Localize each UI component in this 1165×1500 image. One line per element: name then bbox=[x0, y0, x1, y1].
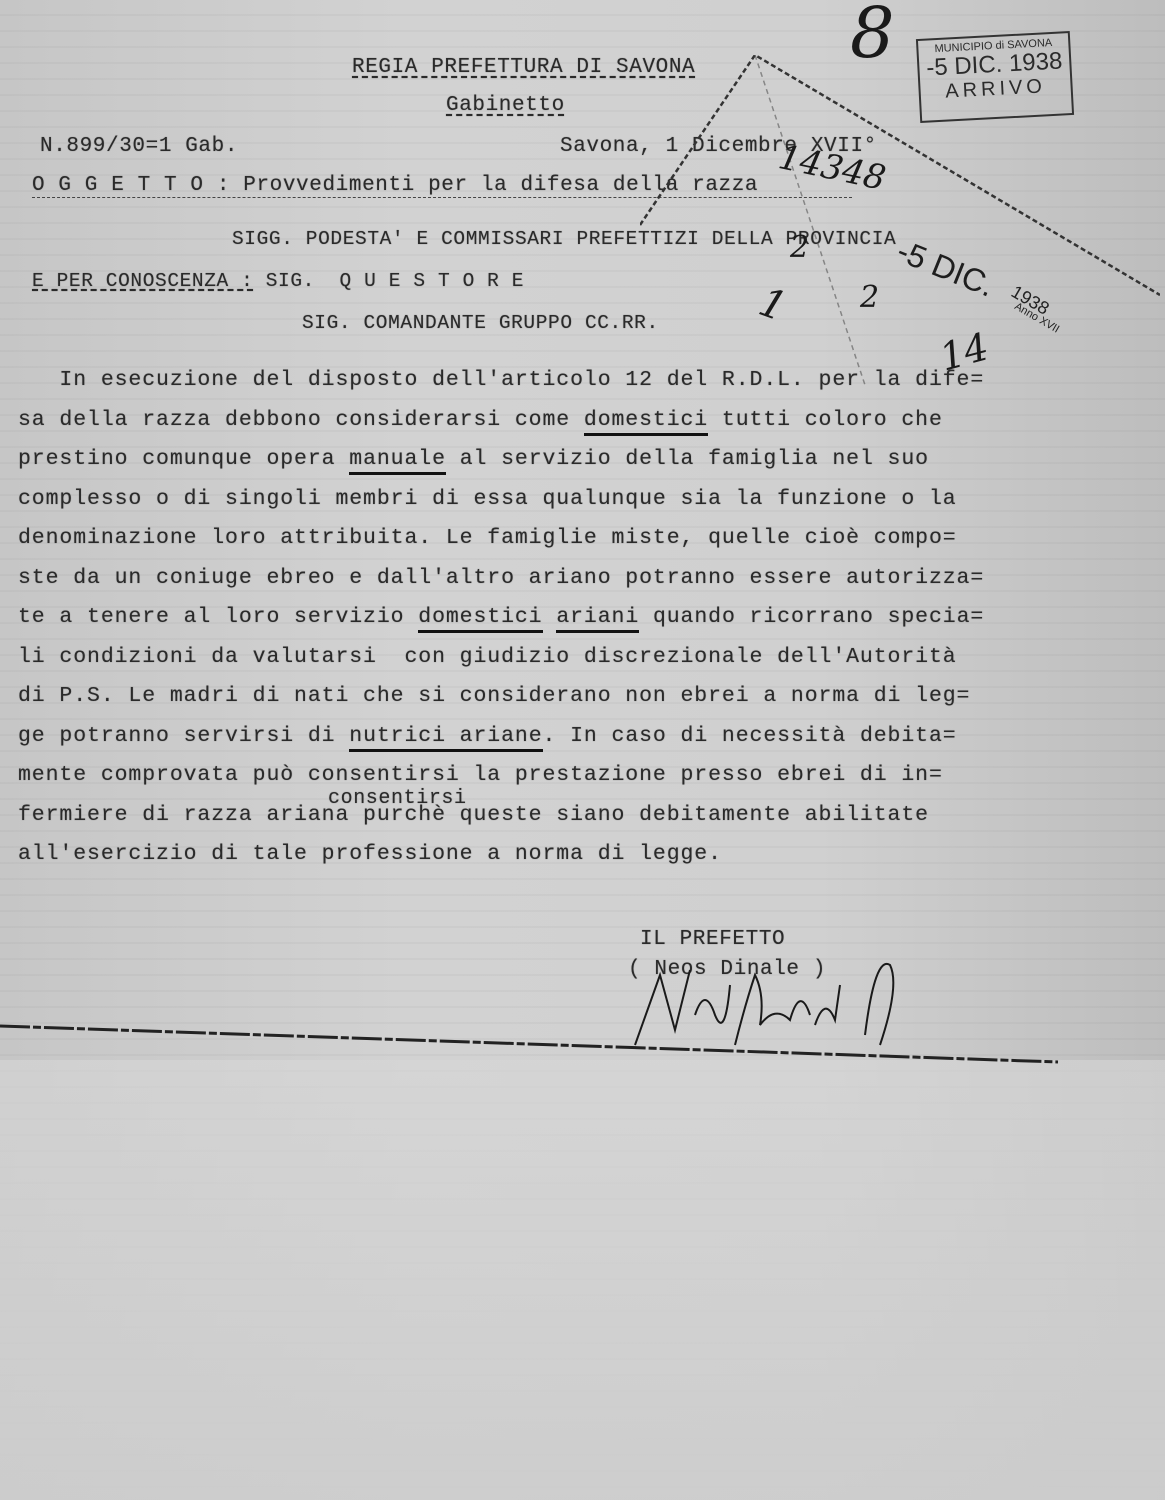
handwritten-mark-2: 2 bbox=[790, 230, 809, 265]
blank-lower-page bbox=[0, 1060, 1165, 1500]
body-line: sa della razza debbono considerarsi come… bbox=[18, 408, 943, 432]
cc-label: E PER CONOSCENZA : bbox=[32, 270, 253, 292]
closing-rule bbox=[0, 1020, 1060, 1080]
underlined-word: domestici bbox=[418, 605, 542, 633]
department-heading: Gabinetto bbox=[446, 94, 565, 117]
body-line: prestino comunque opera manuale al servi… bbox=[18, 447, 929, 471]
body-line: mente comprovata può consentirsi la pres… bbox=[18, 763, 943, 787]
underlined-word: manuale bbox=[349, 447, 446, 475]
correction-word: consentirsi bbox=[328, 787, 467, 810]
handwritten-mark-2b: 2 bbox=[860, 280, 879, 315]
recipients-cc-line: E PER CONOSCENZA : SIG. Q U E S T O R E bbox=[32, 270, 524, 292]
subject-label: O G G E T T O bbox=[32, 174, 204, 197]
body-line: te a tenere al loro servizio domestici a… bbox=[18, 605, 984, 629]
body-line: all'esercizio di tale professione a norm… bbox=[18, 842, 722, 866]
body-line: ge potranno servirsi di nutrici ariane. … bbox=[18, 724, 957, 748]
body-line: fermiere di razza ariana purchè queste s… bbox=[18, 803, 929, 827]
handwritten-mark-top: 8 bbox=[850, 0, 895, 74]
protocol-number: N.899/30=1 Gab. bbox=[40, 135, 238, 158]
underlined-word: domestici bbox=[584, 408, 708, 436]
body-line: denominazione loro attribuita. Le famigl… bbox=[18, 526, 957, 550]
body-line: di P.S. Le madri di nati che si consider… bbox=[18, 684, 970, 708]
body-line: complesso o di singoli membri di essa qu… bbox=[18, 487, 957, 511]
body-line: li condizioni da valutarsi con giudizio … bbox=[18, 645, 957, 669]
underlined-word: nutrici ariane bbox=[349, 724, 542, 752]
body-line: ste da un coniuge ebreo e dall'altro ari… bbox=[18, 566, 984, 590]
subject-separator: : bbox=[204, 174, 230, 197]
protocol-stamp-outline bbox=[640, 55, 1160, 385]
cc-carabinieri: SIG. COMANDANTE GRUPPO CC.RR. bbox=[302, 312, 659, 334]
underlined-word: ariani bbox=[556, 605, 639, 633]
cc-questore: SIG. Q U E S T O R E bbox=[266, 270, 524, 292]
